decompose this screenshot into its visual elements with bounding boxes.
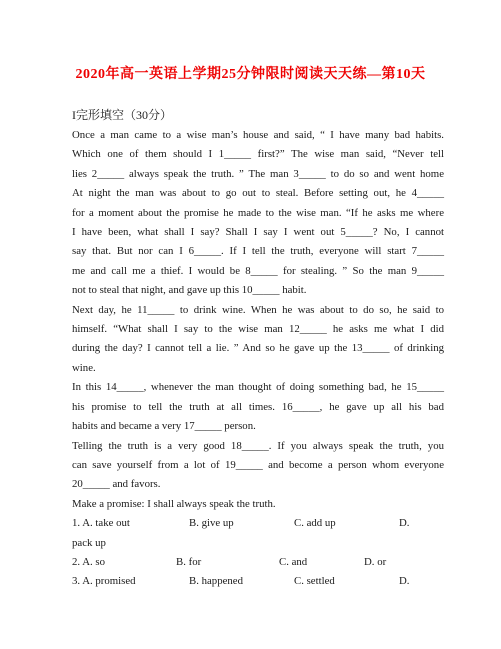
passage-line: habits and became a very 17_____ person.	[72, 417, 444, 436]
passage-line: Next day, he 11_____ to drink wine. When…	[72, 301, 444, 320]
choice-option: B. for	[176, 553, 279, 572]
section-heading: I完形填空（30分）	[72, 106, 172, 123]
passage-line: me and call me a thief. I would be 8____…	[72, 262, 444, 281]
cloze-passage: Once a man came to a wise man’s house an…	[72, 126, 444, 592]
choice-option: 1. A. take out	[72, 514, 189, 533]
choice-row-1: 1. A. take out B. give up C. add up D.	[72, 514, 444, 533]
passage-line: Which one of them should I 1_____ first?…	[72, 145, 444, 164]
passage-line: his promise to tell the truth at all tim…	[72, 398, 444, 417]
passage-line: Make a promise: I shall always speak the…	[72, 495, 444, 514]
choice-option: C. add up	[294, 514, 399, 533]
choice-option: B. give up	[189, 514, 294, 533]
passage-line: for a moment about the promise he made t…	[72, 204, 444, 223]
passage-line: At night the man was about to go out to …	[72, 184, 444, 203]
passage-line: Once a man came to a wise man’s house an…	[72, 126, 444, 145]
passage-line: wine.	[72, 359, 444, 378]
choice-option: 3. A. promised	[72, 572, 189, 591]
document-title: 2020年高一英语上学期25分钟限时阅读天天练—第10天	[0, 63, 501, 83]
passage-line: during the day? I cannot tell a lie. ” A…	[72, 339, 444, 358]
passage-line: not to steal that night, and gave up thi…	[72, 281, 444, 300]
passage-line: In this 14_____, whenever the man though…	[72, 378, 444, 397]
passage-line: I have been, what shall I say? Shall I s…	[72, 223, 444, 242]
passage-line: say that. But nor can I 6_____. If I tel…	[72, 242, 444, 261]
passage-line: can save yourself from a lot of 19_____ …	[72, 456, 444, 475]
choice-option: D. or	[364, 553, 444, 572]
passage-line: 20_____ and favors.	[72, 475, 444, 494]
choice-option: B. happened	[189, 572, 294, 591]
choice-row-3: 3. A. promised B. happened C. settled D.	[72, 572, 444, 591]
choice-option: D.	[399, 514, 444, 533]
document-page: 2020年高一英语上学期25分钟限时阅读天天练—第10天 I完形填空（30分） …	[0, 0, 501, 649]
choice-row-1-carryover: pack up	[72, 534, 444, 553]
choice-option: D.	[399, 572, 444, 591]
choice-row-2: 2. A. so B. for C. and D. or	[72, 553, 444, 572]
passage-line: Telling the truth is a very good 18_____…	[72, 437, 444, 456]
choice-option: C. and	[279, 553, 364, 572]
choice-option: C. settled	[294, 572, 399, 591]
passage-line: lies 2_____ always speak the truth. ” Th…	[72, 165, 444, 184]
choice-option: 2. A. so	[72, 553, 176, 572]
passage-line: himself. “What shall I say to the wise m…	[72, 320, 444, 339]
